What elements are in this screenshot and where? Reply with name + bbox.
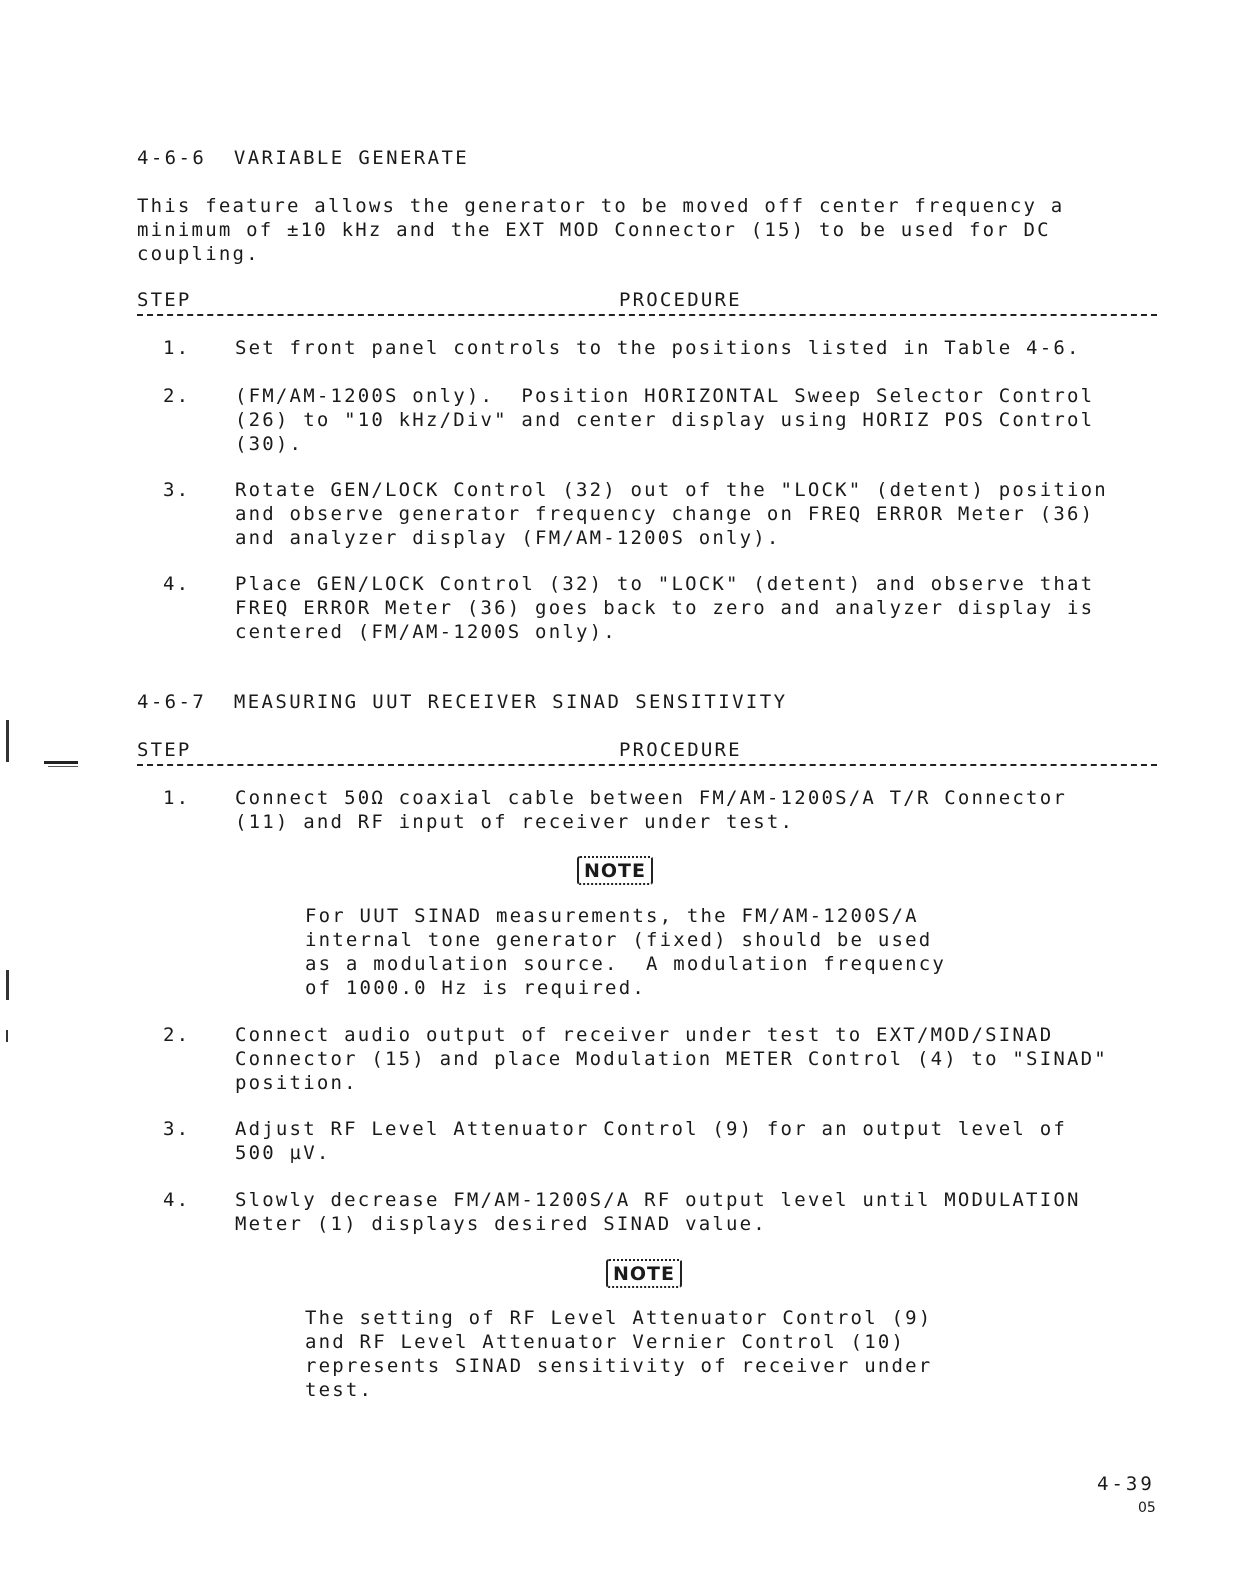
note-text-line: test. [305,1378,373,1402]
manual-page: 4-6-6 VARIABLE GENERATE This feature all… [0,0,1234,1590]
step-number: 3. [163,1117,190,1141]
step-text-line: (FM/AM-1200S only). Position HORIZONTAL … [235,384,1094,408]
step-text-line: Meter (1) displays desired SINAD value. [235,1212,767,1236]
note-text-line: as a modulation source. A modulation fre… [305,952,946,976]
step-number: 4. [163,1188,190,1212]
step-text-line: Connect 50Ω coaxial cable between FM/AM-… [235,786,1067,810]
scan-artifact [6,1030,8,1042]
step-text-line: centered (FM/AM-1200S only). [235,620,617,644]
step-text-line: (30). [235,432,303,456]
intro-line-1: This feature allows the generator to be … [137,194,1064,218]
scan-artifact [6,970,9,1000]
step-text-line: Rotate GEN/LOCK Control (32) out of the … [235,478,1108,502]
note-text-line: and RF Level Attenuator Vernier Control … [305,1330,905,1354]
note-text-line: represents SINAD sensitivity of receiver… [305,1354,932,1378]
step-number: 4. [163,572,190,596]
step-number: 1. [163,336,190,360]
step-number: 1. [163,786,190,810]
step-text-line: (11) and RF input of receiver under test… [235,810,794,834]
step-text-line: (26) to "10 kHz/Div" and center display … [235,408,1094,432]
step-text-line: Connect audio output of receiver under t… [235,1023,1053,1047]
note-text-line: internal tone generator (fixed) should b… [305,928,932,952]
note-text-line: of 1000.0 Hz is required. [305,976,646,1000]
step-text-line: Connector (15) and place Modulation METE… [235,1047,1108,1071]
intro-line-2: minimum of ±10 kHz and the EXT MOD Conne… [137,218,1051,242]
step-procedure-header: STEP PROCEDURE [137,288,1157,316]
step-number: 2. [163,1023,190,1047]
section-heading-4-6-7: 4-6-7 MEASURING UUT RECEIVER SINAD SENSI… [137,690,787,714]
page-number: 4-39 [1097,1472,1155,1496]
step-text-line: Slowly decrease FM/AM-1200S/A RF output … [235,1188,1081,1212]
step-text-line: 500 µV. [235,1141,330,1165]
procedure-column-label: PROCEDURE [619,738,742,762]
note-text-line: For UUT SINAD measurements, the FM/AM-12… [305,904,919,928]
note-badge: NOTE [606,1259,682,1288]
step-number: 3. [163,478,190,502]
step-text-line: and observe generator frequency change o… [235,502,1094,526]
change-bar-mark-underline [48,766,78,767]
step-text-line: and analyzer display (FM/AM-1200S only). [235,526,781,550]
section-heading-4-6-6: 4-6-6 VARIABLE GENERATE [137,146,469,170]
step-text-line: Adjust RF Level Attenuator Control (9) f… [235,1117,1067,1141]
step-text-line: position. [235,1071,358,1095]
revision-number: 05 [1138,1500,1156,1516]
note-badge: NOTE [577,856,653,885]
step-number: 2. [163,384,190,408]
step-text-line: Set front panel controls to the position… [235,336,1081,360]
scan-artifact [6,720,9,762]
change-bar-mark [44,761,78,764]
step-column-label: STEP [137,738,192,762]
note-text-line: The setting of RF Level Attenuator Contr… [305,1306,932,1330]
step-text-line: FREQ ERROR Meter (36) goes back to zero … [235,596,1094,620]
procedure-column-label: PROCEDURE [619,288,742,312]
step-text-line: Place GEN/LOCK Control (32) to "LOCK" (d… [235,572,1094,596]
step-column-label: STEP [137,288,192,312]
intro-line-3: coupling. [137,242,260,266]
step-procedure-header: STEP PROCEDURE [137,738,1157,766]
